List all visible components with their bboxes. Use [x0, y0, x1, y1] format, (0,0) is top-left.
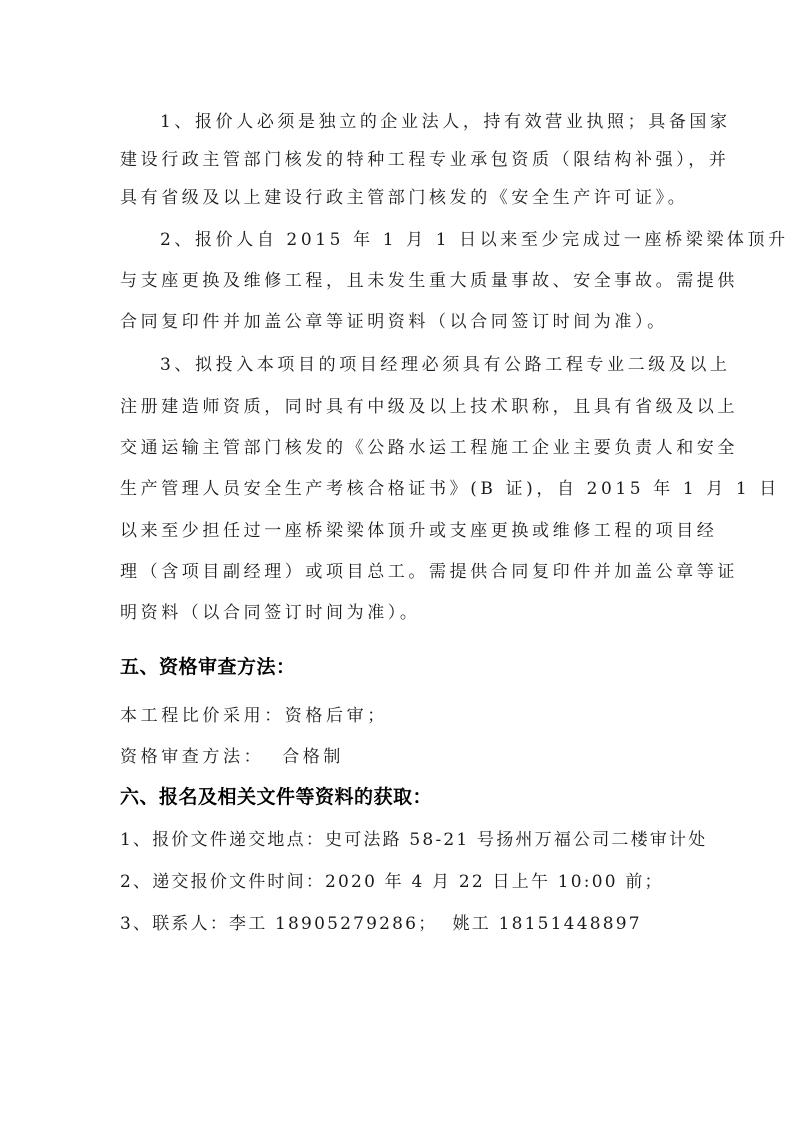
requirement-3-line-3: 交通运输主管部门核发的《公路水运工程施工企业主要负责人和安全 — [120, 437, 738, 459]
requirement-2-line-1: 2、报价人自 2015 年 1 月 1 日以来至少完成过一座桥梁梁体顶升 — [160, 229, 789, 251]
requirement-1-line-1: 1、报价人必须是独立的企业法人，持有效营业执照；具备国家 — [160, 111, 731, 133]
requirement-3-line-6: 理（含项目副经理）或项目总工。需提供合同复印件并加盖公章等证 — [120, 561, 738, 583]
requirement-1-line-3: 具有省级及以上建设行政主管部门核发的《安全生产许可证》。 — [120, 187, 688, 209]
section-six-heading: 六、报名及相关文件等资料的获取： — [120, 785, 432, 809]
section-five-heading: 五、资格审查方法： — [120, 655, 296, 679]
section-five-line-2: 资格审查方法： 合格制 — [120, 746, 344, 768]
requirement-1-line-2: 建设行政主管部门核发的特种工程专业承包资质（限结构补强），并 — [120, 149, 730, 171]
requirement-3-line-7: 明资料（以合同签订时间为准）。 — [120, 602, 421, 624]
document-page: 1、报价人必须是独立的企业法人，持有效营业执照；具备国家 建设行政主管部门核发的… — [0, 0, 793, 1122]
requirement-2-line-2: 与支座更换及维修工程，且未发生重大质量事故、安全事故。需提供 — [120, 270, 738, 292]
requirement-3-line-1: 3、拟投入本项目的项目经理必须具有公路工程专业二级及以上 — [160, 354, 731, 376]
section-six-line-3: 3、联系人：李工 18905279286； 姚工 18151448897 — [120, 913, 642, 935]
requirement-2-line-3: 合同复印件并加盖公章等证明资料（以合同签订时间为准）。 — [120, 311, 668, 333]
requirement-3-line-5: 以来至少担任过一座桥梁梁体顶升或支座更换或维修工程的项目经 — [120, 520, 717, 542]
requirement-3-line-4: 生产管理人员安全生产考核合格证书》(B 证)，自 2015 年 1 月 1 日 — [120, 478, 780, 500]
section-six-line-2: 2、递交报价文件时间：2020 年 4 月 22 日上午 10:00 前； — [120, 871, 664, 893]
requirement-3-line-2: 注册建造师资质，同时具有中级及以上技术职称，且具有省级及以上 — [120, 396, 738, 418]
section-six-line-1: 1、报价文件递交地点：史可法路 58-21 号扬州万福公司二楼审计处 — [120, 829, 707, 851]
section-five-line-1: 本工程比价采用：资格后审； — [120, 705, 388, 727]
